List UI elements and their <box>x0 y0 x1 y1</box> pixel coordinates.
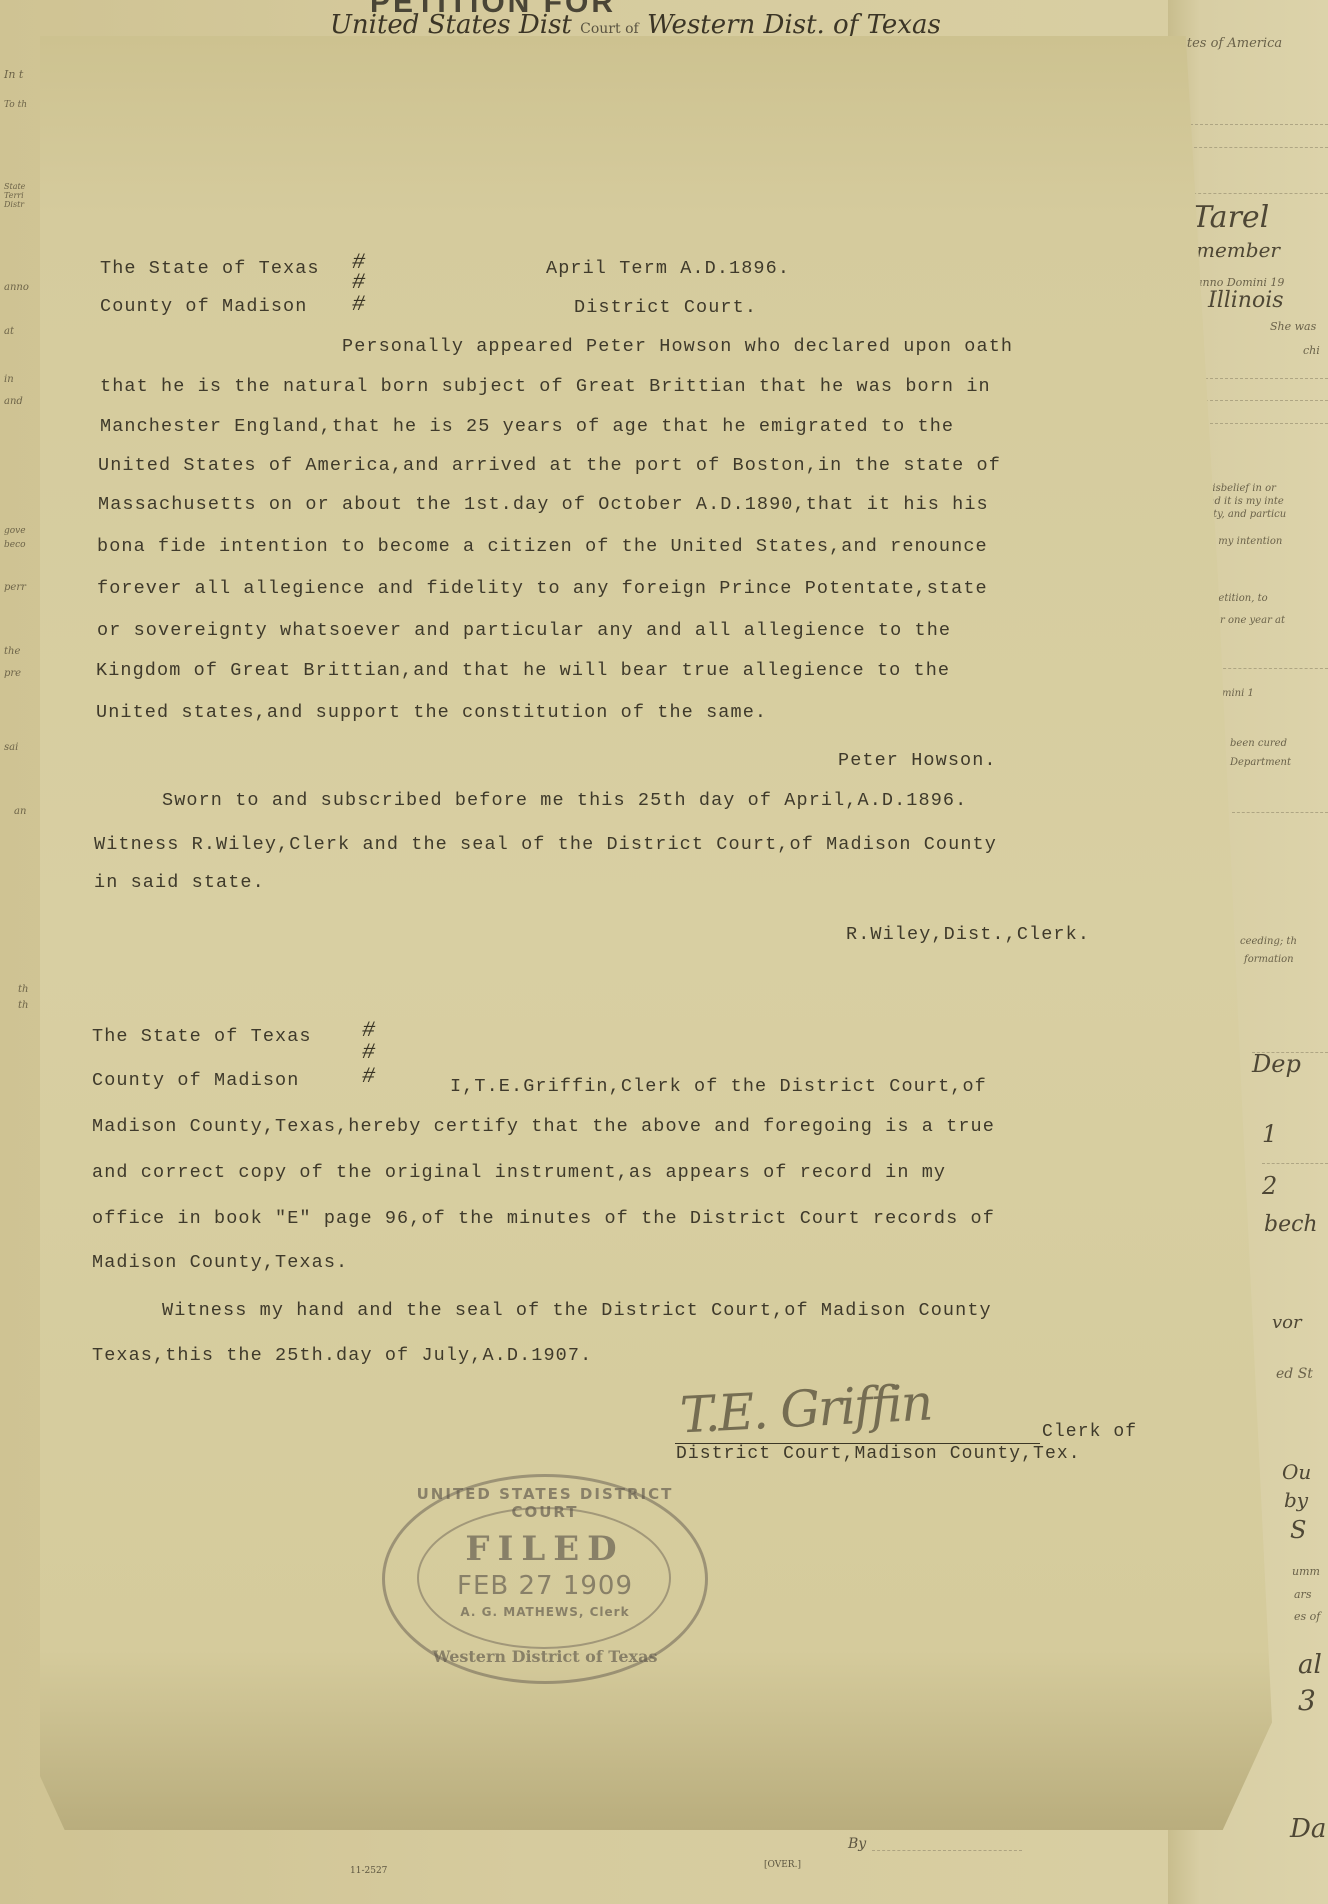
by-label: By <box>848 1836 866 1852</box>
venue-hash: # <box>362 1040 375 1065</box>
certificate-line: office in book "E" page 96,of the minute… <box>92 1208 995 1229</box>
affidavit-line: Kingdom of Great Brittian,and that he wi… <box>96 660 950 681</box>
left-edge-text: and <box>4 396 23 407</box>
right-edge-handwriting: Dep <box>1252 1050 1301 1078</box>
left-edge-text: an <box>14 806 26 817</box>
affidavit-line: forever all allegience and fidelity to a… <box>97 578 988 599</box>
left-edge-text: at <box>4 326 14 337</box>
right-edge-handwriting: Ou <box>1282 1460 1311 1484</box>
stamp-bottom-arc: Western District of Texas <box>385 1647 705 1666</box>
declarant-signature: Peter Howson. <box>838 750 997 771</box>
right-edge-handwriting: Illinois <box>1208 288 1284 313</box>
signature-title: Clerk of <box>1042 1422 1137 1442</box>
right-edge-handwriting: S <box>1290 1516 1306 1544</box>
left-edge-text: in <box>4 374 14 385</box>
affidavit-line: Manchester England,that he is 25 years o… <box>100 416 954 437</box>
left-edge-text: To th <box>4 100 27 110</box>
certificate-line: Madison County,Texas. <box>92 1252 348 1273</box>
right-edge-text: ceeding; th <box>1240 936 1297 947</box>
signature-title: District Court,Madison County,Tex. <box>676 1444 1081 1464</box>
right-edge-text: umm <box>1292 1565 1320 1578</box>
left-edge-text: Distr <box>4 200 24 209</box>
right-edge-text: chi <box>1303 344 1320 357</box>
certificate-venue-state: The State of Texas <box>92 1026 312 1047</box>
venue-hash: # <box>352 292 365 317</box>
left-edge-text: In t <box>4 68 23 81</box>
right-edge-handwriting: by <box>1284 1488 1308 1512</box>
right-edge-handwriting: member <box>1196 238 1280 262</box>
right-edge-text: petition, to <box>1212 593 1268 604</box>
filed-stamp: UNITED STATES DISTRICT COURT FILED FEB 2… <box>382 1474 708 1684</box>
left-edge-text: pre <box>4 668 21 679</box>
left-edge-text: State <box>4 182 25 191</box>
right-edge-handwriting: al <box>1298 1650 1322 1680</box>
affidavit-line: Personally appeared Peter Howson who dec… <box>342 336 1013 357</box>
right-edge-text: ed St <box>1276 1366 1313 1382</box>
right-edge-text: es of <box>1294 1610 1320 1623</box>
affidavit-line: bona fide intention to become a citizen … <box>97 536 988 557</box>
over-label: [OVER.] <box>764 1860 801 1870</box>
affidavit-line: or sovereignty whatsoever and particular… <box>97 620 951 641</box>
left-edge-text: the <box>4 646 20 657</box>
certificate-line: Madison County,Texas,hereby certify that… <box>92 1116 995 1137</box>
right-edge-text: sty, and particu <box>1208 509 1286 520</box>
jurat-line: Sworn to and subscribed before me this 2… <box>162 790 967 811</box>
certificate-line: I,T.E.Griffin,Clerk of the District Cour… <box>450 1076 987 1097</box>
venue-county: County of Madison <box>100 296 307 317</box>
handwritten-court: United States Dist <box>330 10 572 40</box>
affidavit-line: United states,and support the constituti… <box>96 702 767 723</box>
handwritten-district: Western Dist. of Texas <box>647 10 941 40</box>
right-edge-text: s my intention <box>1210 536 1282 547</box>
left-edge-text: anno <box>4 282 29 293</box>
venue-state: The State of Texas <box>100 258 320 279</box>
left-edge-text: gove <box>4 526 26 536</box>
certificate-venue-county: County of Madison <box>92 1070 299 1091</box>
right-edge-text: or one year at <box>1214 615 1285 626</box>
right-edge-handwriting: Da <box>1290 1814 1326 1844</box>
left-edge-text: beco <box>4 540 26 550</box>
left-edge-text: sai <box>4 742 18 753</box>
right-edge-text: disbelief in or <box>1206 483 1276 494</box>
venue-hash: # <box>362 1064 375 1089</box>
right-edge-handwriting: 1 <box>1262 1120 1277 1148</box>
right-edge-text: Department <box>1230 757 1291 768</box>
affidavit-line: Massachusetts on or about the 1st.day of… <box>98 494 989 515</box>
right-edge-text: mini 1 <box>1222 688 1254 699</box>
stamp-top-arc: UNITED STATES DISTRICT COURT <box>385 1485 705 1521</box>
left-edge-text: th <box>18 984 28 995</box>
right-edge-handwriting: 3 <box>1298 1684 1316 1717</box>
court-name: District Court. <box>574 297 757 318</box>
court-term: April Term A.D.1896. <box>546 258 790 279</box>
right-edge-text: formation <box>1244 954 1294 965</box>
stamp-filed-label: FILED <box>385 1529 705 1569</box>
right-edge-handwriting: bech <box>1264 1212 1318 1237</box>
right-edge-text: nd it is my inte <box>1208 496 1284 507</box>
right-edge-handwriting: Tarel <box>1192 200 1269 235</box>
witness-line: Texas,this the 25th.day of July,A.D.1907… <box>92 1345 592 1366</box>
form-court-line: United States Dist Court of Western Dist… <box>330 10 941 40</box>
printed-court-of: Court of <box>580 21 639 37</box>
left-edge-text: Terri <box>4 191 24 200</box>
right-edge-text: ars <box>1294 1588 1311 1601</box>
form-number: 11-2527 <box>350 1866 387 1876</box>
right-edge-text: She was <box>1270 320 1316 333</box>
right-edge-handwriting: vor <box>1272 1312 1302 1333</box>
stamp-date: FEB 27 1909 <box>385 1571 705 1601</box>
right-edge-handwriting: 2 <box>1262 1172 1277 1200</box>
jurat-line: in said state. <box>94 872 265 893</box>
certificate-line: and correct copy of the original instrum… <box>92 1162 946 1183</box>
affidavit-line: that he is the natural born subject of G… <box>100 376 991 397</box>
left-edge-text: th <box>18 1000 28 1011</box>
witness-line: Witness my hand and the seal of the Dist… <box>162 1300 992 1321</box>
affidavit-line: United States of America,and arrived at … <box>98 455 1001 476</box>
jurat-line: Witness R.Wiley,Clerk and the seal of th… <box>94 834 997 855</box>
stamp-clerk: A. G. MATHEWS, Clerk <box>385 1605 705 1619</box>
clerk-signature: R.Wiley,Dist.,Clerk. <box>846 924 1090 945</box>
left-edge-text: perr <box>4 582 26 593</box>
right-edge-text: been cured <box>1230 738 1287 749</box>
